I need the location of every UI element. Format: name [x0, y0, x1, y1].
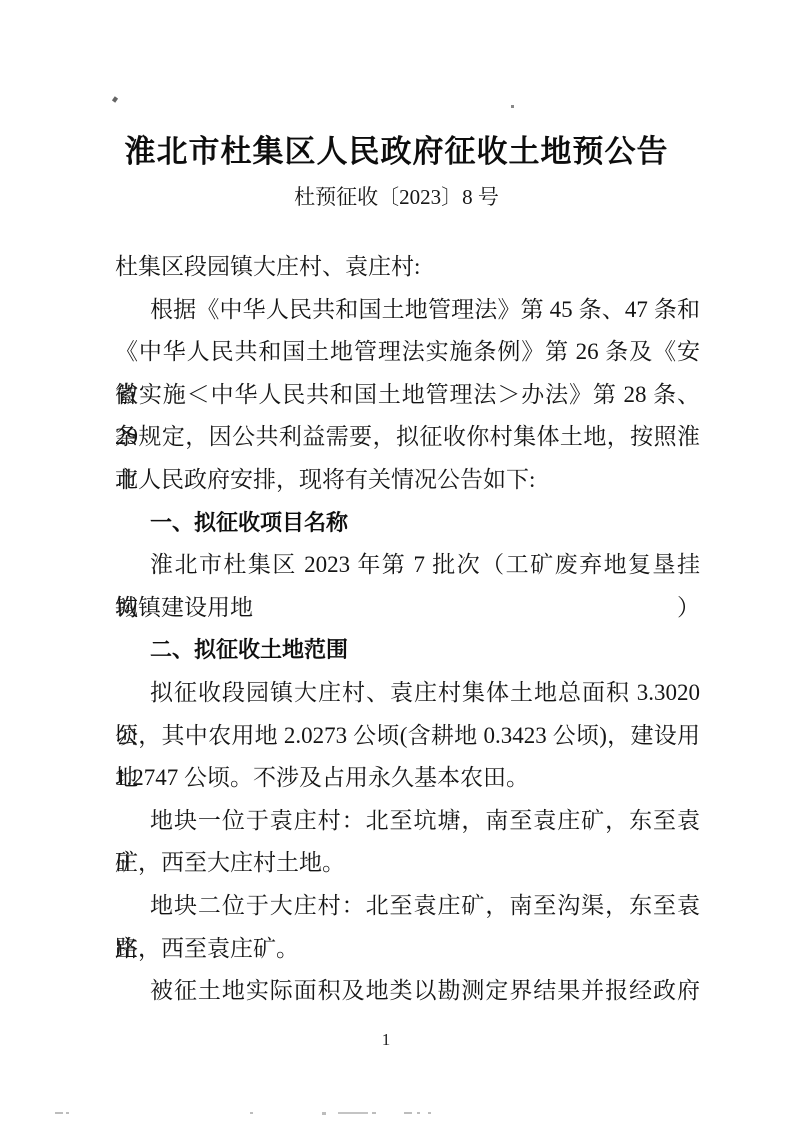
body-line: 拟征收段园镇大庄村、袁庄村集体土地总面积 3.3020 公 [115, 672, 700, 715]
scanned-document-page: 淮北市杜集区人民政府征收土地预公告 杜预征收〔2023〕8 号 杜集区段园镇大庄… [0, 0, 793, 1123]
section-heading-1: 一、拟征收项目名称 [115, 502, 700, 545]
scan-speck-artifact [112, 96, 118, 102]
body-line: 淮北市杜集区 2023 年第 7 批次（工矿废弃地复垦挂钩） [115, 544, 700, 587]
document-number: 杜预征收〔2023〕8 号 [0, 181, 793, 213]
body-line: 被征土地实际面积及地类以勘测定界结果并报经政府 [115, 970, 700, 1013]
body-line: 市人民政府安排，现将有关情况公告如下: [115, 459, 700, 502]
document-body: 杜集区段园镇大庄村、袁庄村: 根据《中华人民共和国土地管理法》第 45 条、47… [115, 246, 700, 1013]
scan-speck-artifact [511, 105, 514, 108]
scan-edge-artifact [66, 1112, 69, 1114]
scan-edge-artifact [404, 1112, 412, 1114]
body-line: 矿，西至大庄村土地。 [115, 842, 700, 885]
document-title: 淮北市杜集区人民政府征收土地预公告 [0, 132, 793, 172]
body-line: 地块二位于大庄村：北至袁庄矿，南至沟渠，东至袁庄 [115, 885, 700, 928]
body-line: 顷，其中农用地 2.0273 公顷(含耕地 0.3423 公顷)，建设用地 [115, 715, 700, 758]
body-line: 1.2747 公顷。不涉及占用永久基本农田。 [115, 757, 700, 800]
body-line: 根据《中华人民共和国土地管理法》第 45 条、47 条和 [115, 289, 700, 332]
scan-edge-artifact [55, 1112, 63, 1114]
scan-edge-artifact [250, 1112, 253, 1114]
salutation-line: 杜集区段园镇大庄村、袁庄村: [115, 246, 700, 289]
body-line: 省实施＜中华人民共和国土地管理法＞办法》第 28 条、29 [115, 374, 700, 417]
body-line: 路，西至袁庄矿。 [115, 928, 700, 971]
scan-edge-artifact [417, 1112, 420, 1114]
scan-edge-artifact [338, 1112, 368, 1114]
scan-edge-artifact [428, 1112, 431, 1114]
section-heading-2: 二、拟征收土地范围 [115, 629, 700, 672]
body-line: 条规定，因公共利益需要，拟征收你村集体土地，按照淮北 [115, 416, 700, 459]
body-line: 地块一位于袁庄村：北至坑塘，南至袁庄矿，东至袁庄 [115, 800, 700, 843]
page-number: 1 [0, 1030, 772, 1050]
scan-edge-artifact [372, 1112, 376, 1114]
body-line: 《中华人民共和国土地管理法实施条例》第 26 条及《安徽 [115, 331, 700, 374]
scan-edge-artifact [322, 1112, 326, 1115]
